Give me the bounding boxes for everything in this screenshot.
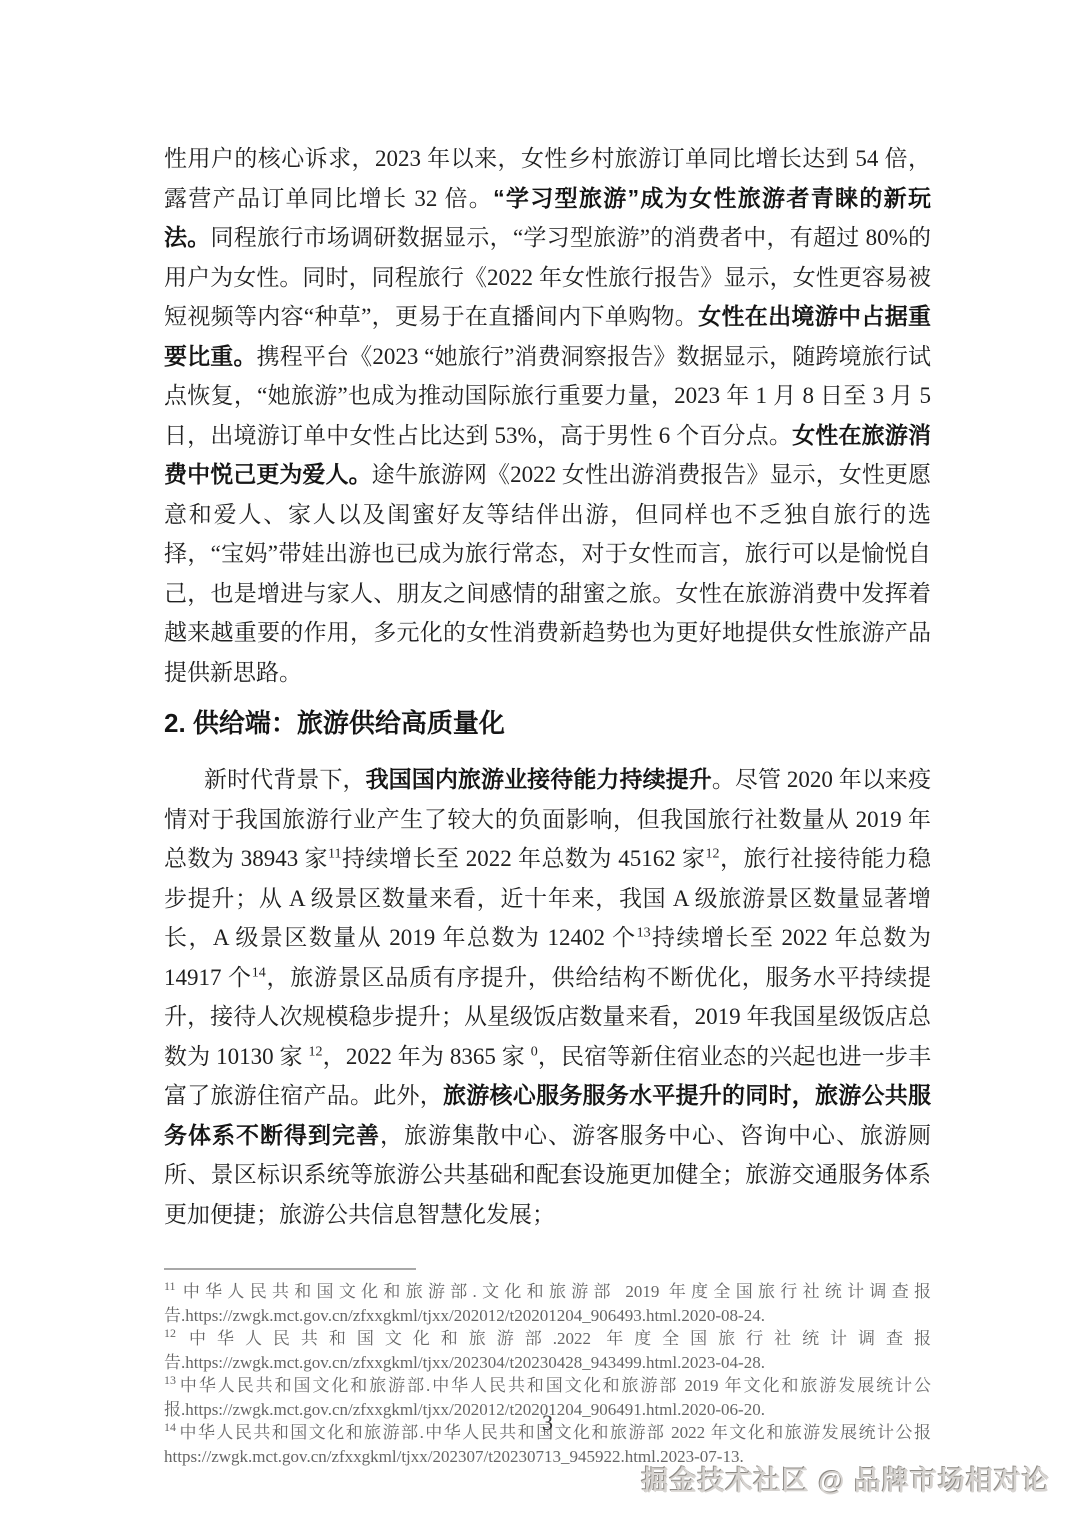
text-run: 持续增长至 2022 年总数为 45162 家 bbox=[342, 846, 706, 871]
footnote-item-11: 11中华人民共和国文化和旅游部.文化和旅游部 2019 年度全国旅行社统计调查报… bbox=[164, 1280, 931, 1327]
footnotes-section: 11中华人民共和国文化和旅游部.文化和旅游部 2019 年度全国旅行社统计调查报… bbox=[164, 1268, 931, 1468]
page-number: 3 bbox=[164, 1410, 931, 1436]
text-run: 新时代背景下， bbox=[204, 767, 366, 792]
footnote-marker: 12 bbox=[164, 1326, 176, 1340]
footnote-separator bbox=[164, 1268, 416, 1270]
watermark: 掘金技术社区 @ 品牌市场相对论 bbox=[642, 1459, 1050, 1498]
text-run: ，2022 年为 8365 家 bbox=[323, 1044, 531, 1069]
section-heading: 2. 供给端：旅游供给高质量化 bbox=[164, 701, 931, 745]
footnote-item-12: 12中华人民共和国文化和旅游部.2022 年度全国旅行社统计调查报告.https… bbox=[164, 1327, 931, 1374]
footnote-ref-12: 12 bbox=[706, 846, 720, 861]
footnote-ref-12b: 12 bbox=[309, 1044, 323, 1059]
footnote-ref-14: 14 bbox=[252, 965, 266, 980]
text-run: 途牛旅游网《2022 女性出游消费报告》显示，女性更愿意和爱人、家人以及闺蜜好友… bbox=[164, 462, 931, 685]
content-area: 性用户的核心诉求，2023 年以来，女性乡村旅游订单同比增长达到 54 倍，露营… bbox=[164, 139, 931, 1468]
paragraph-supply-side: 新时代背景下，我国国内旅游业接待能力持续提升。尽管 2020 年以来疫情对于我国… bbox=[164, 760, 931, 1234]
footnote-ref-0: 0 bbox=[531, 1044, 538, 1059]
footnote-ref-11: 11 bbox=[328, 846, 341, 861]
footnote-marker: 13 bbox=[164, 1373, 176, 1387]
footnote-text: 中华人民共和国文化和旅游部.文化和旅游部 2019 年度全国旅行社统计调查报告.… bbox=[164, 1282, 931, 1325]
document-page: 性用户的核心诉求，2023 年以来，女性乡村旅游订单同比增长达到 54 倍，露营… bbox=[0, 0, 1080, 1527]
paragraph-women-travel: 性用户的核心诉求，2023 年以来，女性乡村旅游订单同比增长达到 54 倍，露营… bbox=[164, 139, 931, 692]
footnote-marker: 11 bbox=[164, 1279, 176, 1293]
footnote-ref-13: 13 bbox=[637, 925, 651, 940]
text-run-bold: 我国国内旅游业接待能力持续提升 bbox=[366, 766, 712, 792]
footnote-text: 中华人民共和国文化和旅游部.2022 年度全国旅行社统计调查报告.https:/… bbox=[164, 1329, 931, 1372]
